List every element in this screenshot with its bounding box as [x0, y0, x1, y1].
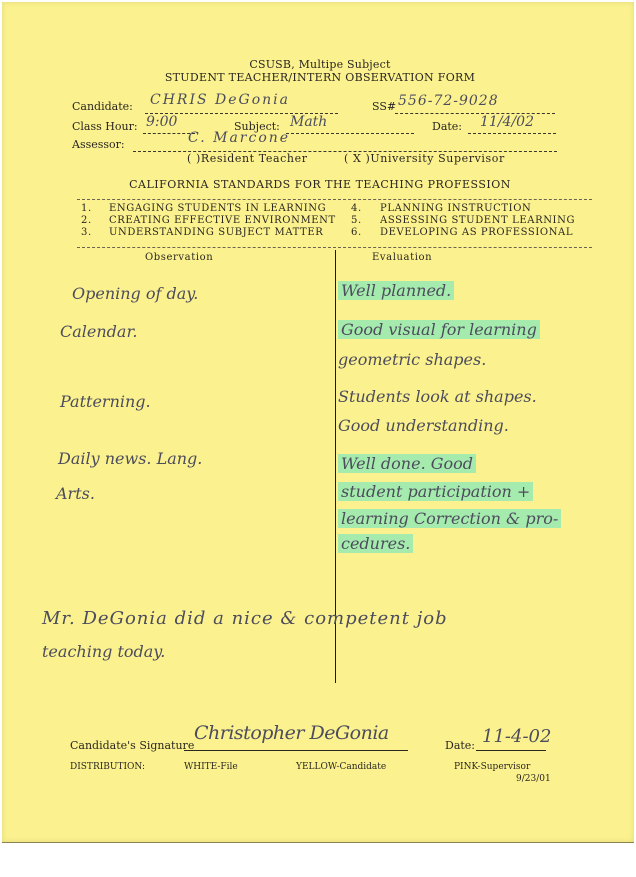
subject-underline	[286, 133, 414, 134]
observation-header: Observation	[145, 252, 213, 263]
observation-note: Patterning.	[60, 392, 151, 411]
observation-form-page: CSUSB, Multipe Subject STUDENT TEACHER/I…	[2, 2, 634, 843]
evaluation-header: Evaluation	[372, 252, 432, 263]
observation-note: Arts.	[56, 484, 95, 503]
evaluation-note: learning Correction & pro-	[338, 509, 561, 528]
signature-date-label: Date:	[445, 739, 475, 752]
summary-comment-line1: Mr. DeGonia did a nice & competent job	[42, 608, 448, 629]
standard-1-label: ENGAGING STUDENTS IN LEARNING	[109, 203, 326, 214]
form-title: STUDENT TEACHER/INTERN OBSERVATION FORM	[2, 71, 636, 84]
observation-note: Daily news. Lang.	[58, 449, 202, 468]
observation-note: Calendar.	[60, 322, 137, 341]
date-field[interactable]: 11/4/02	[480, 114, 534, 130]
summary-comment-line2: teaching today.	[42, 642, 165, 661]
standard-6-num: 6.	[351, 227, 362, 238]
evaluation-note: Well done. Good	[338, 454, 476, 473]
resident-teacher-option[interactable]: ( )Resident Teacher	[187, 152, 308, 165]
candidate-signature[interactable]: Christopher DeGonia	[194, 722, 389, 744]
standard-4-label: PLANNING INSTRUCTION	[380, 203, 531, 214]
evaluation-note: Good understanding.	[338, 416, 509, 435]
standards-bottom-divider	[77, 247, 592, 248]
standards-top-divider	[77, 199, 592, 200]
evaluation-note: cedures.	[338, 534, 413, 553]
signature-date-field[interactable]: 11-4-02	[482, 726, 551, 747]
ss-label: SS#	[372, 100, 396, 113]
form-revision-date: 9/23/01	[516, 774, 551, 784]
subject-field[interactable]: Math	[290, 114, 327, 130]
standard-2-label: CREATING EFFECTIVE ENVIRONMENT	[109, 215, 336, 226]
standard-3-num: 3.	[81, 227, 92, 238]
ss-field[interactable]: 556-72-9028	[398, 93, 499, 109]
standard-5-label: ASSESSING STUDENT LEARNING	[380, 215, 575, 226]
standard-3-label: UNDERSTANDING SUBJECT MATTER	[109, 227, 323, 238]
evaluation-note: Well planned.	[338, 281, 454, 300]
assessor-label: Assessor:	[72, 138, 125, 151]
signature-line	[184, 750, 408, 751]
evaluation-note: Students look at shapes.	[338, 387, 537, 406]
standard-5-num: 5.	[351, 215, 362, 226]
candidate-label: Candidate:	[72, 100, 133, 113]
standard-2-num: 2.	[81, 215, 92, 226]
class-hour-field[interactable]: 9:00	[146, 114, 177, 130]
candidate-field[interactable]: CHRIS DeGonia	[150, 92, 290, 108]
distribution-pink: PINK-Supervisor	[454, 762, 530, 772]
standard-6-label: DEVELOPING AS PROFESSIONAL	[380, 227, 573, 238]
signature-date-line	[476, 750, 546, 751]
university-supervisor-option[interactable]: ( X )University Supervisor	[344, 152, 505, 165]
distribution-label: DISTRIBUTION:	[70, 762, 145, 772]
assessor-field[interactable]: C. Marcone	[188, 130, 290, 146]
form-institution-title: CSUSB, Multipe Subject	[2, 58, 636, 71]
standard-4-num: 4.	[351, 203, 362, 214]
evaluation-note: geometric shapes.	[338, 350, 486, 369]
evaluation-note: student participation +	[338, 482, 533, 501]
distribution-yellow: YELLOW-Candidate	[296, 762, 386, 772]
evaluation-note: Good visual for learning	[338, 320, 540, 339]
standard-1-num: 1.	[81, 203, 92, 214]
date-underline	[468, 133, 556, 134]
class-hour-label: Class Hour:	[72, 120, 138, 133]
candidate-signature-label: Candidate's Signature	[70, 739, 194, 752]
date-label: Date:	[432, 120, 462, 133]
observation-note: Opening of day.	[72, 284, 198, 303]
standards-title: CALIFORNIA STANDARDS FOR THE TEACHING PR…	[2, 178, 636, 191]
distribution-white: WHITE-File	[184, 762, 238, 772]
